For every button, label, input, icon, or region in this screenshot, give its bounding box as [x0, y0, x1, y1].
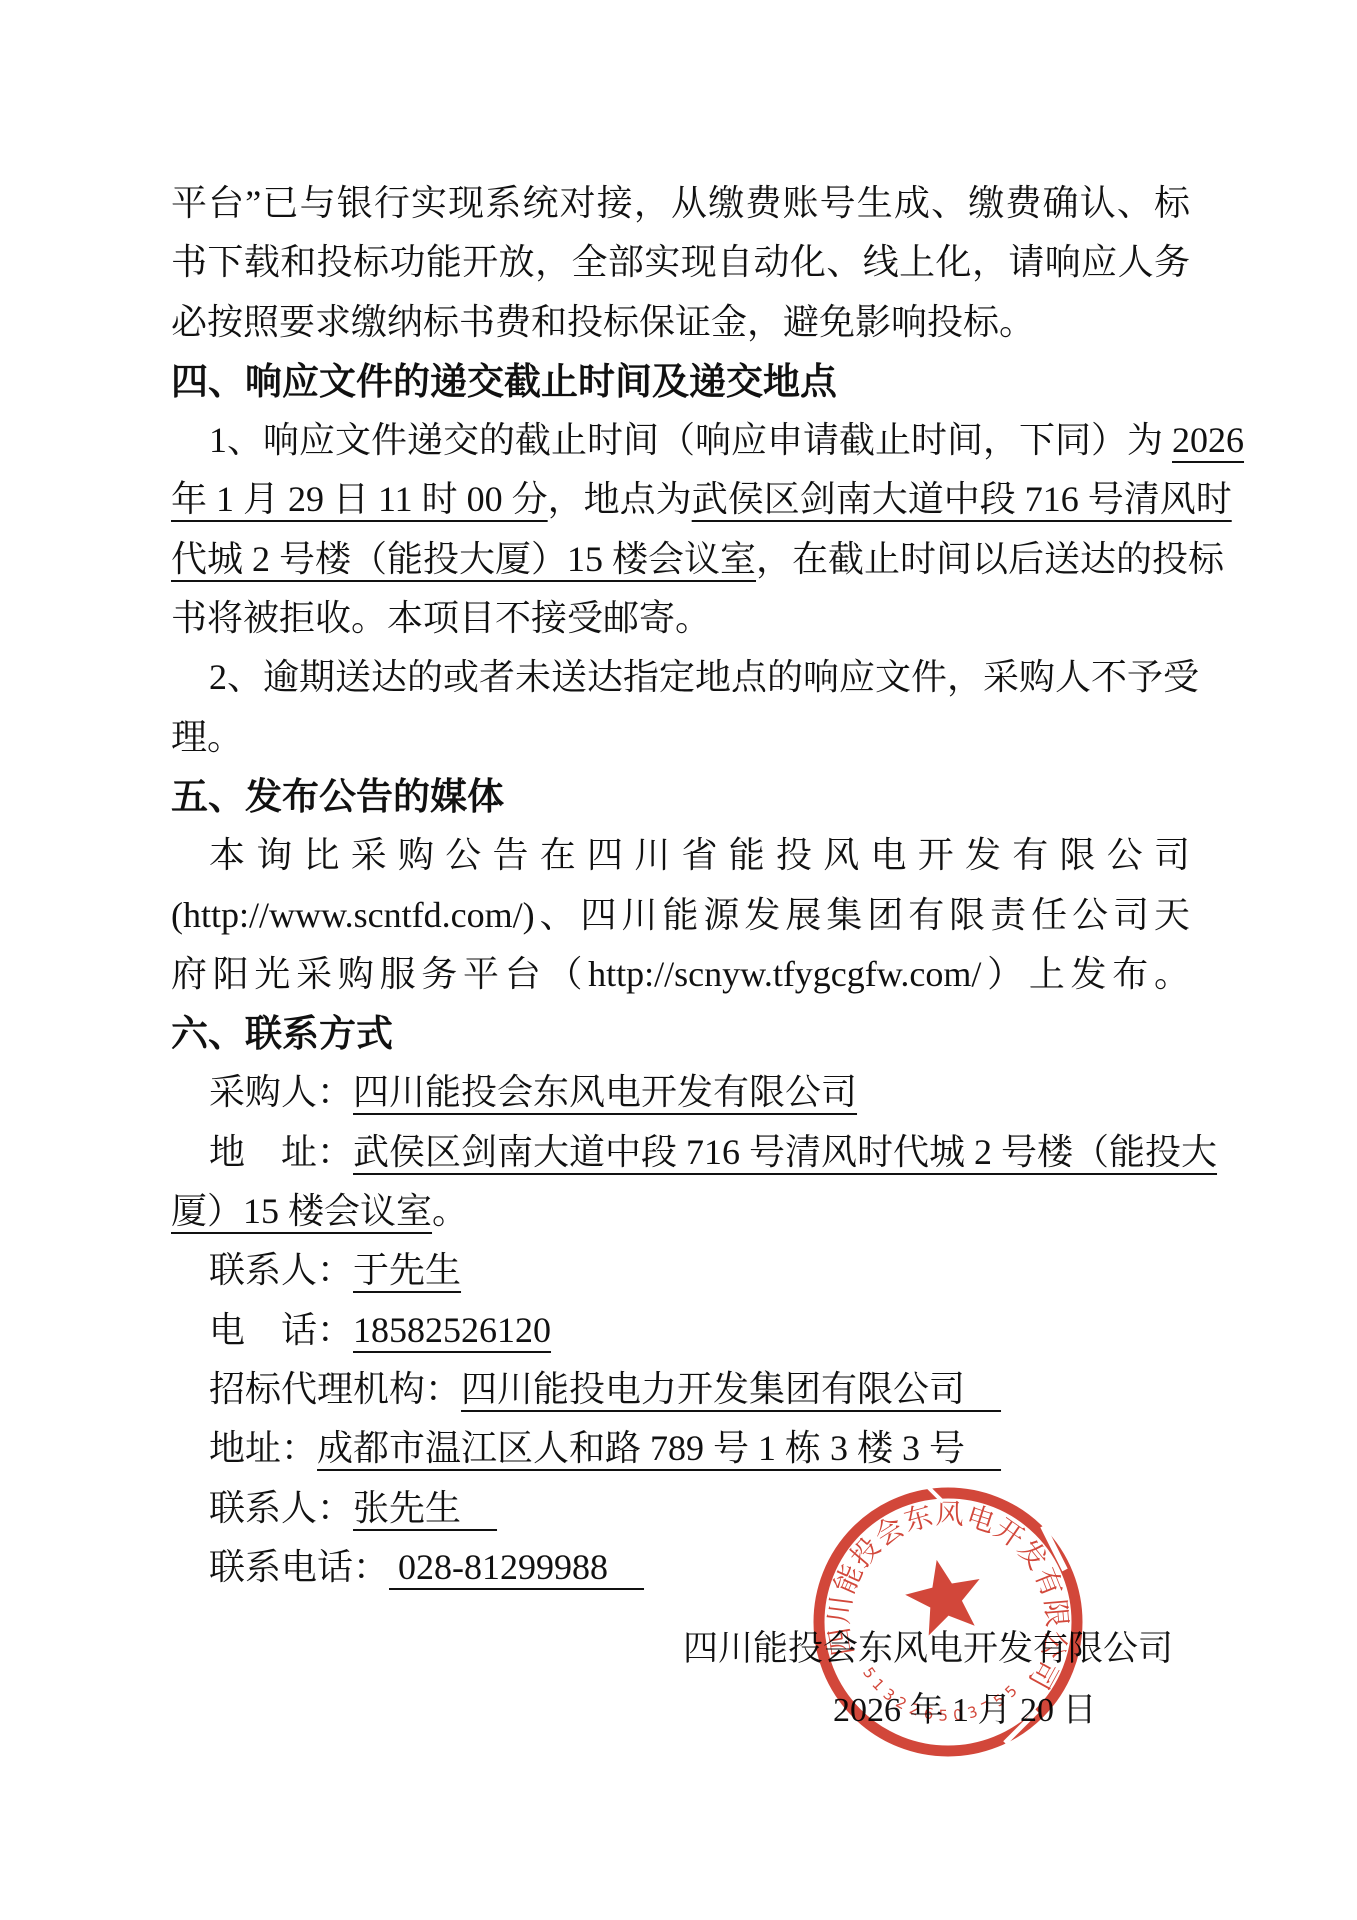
- underlined-text: 于先生: [353, 1250, 461, 1290]
- text-line: 书下载和投标功能开放，全部实现自动化、线上化，请响应人务: [171, 233, 1190, 292]
- text-segment: 2、逾期送达的或者未送达指定地点的响应文件，采购人不予受: [209, 657, 1199, 697]
- underlined-text: 代城 2 号楼（能投大厦）15 楼会议室: [171, 539, 756, 579]
- text-segment: 书将被拒收。本项目不接受邮寄。: [171, 598, 711, 638]
- section-heading: 六、联系方式: [171, 1004, 1190, 1063]
- text-line: 厦）15 楼会议室。: [171, 1182, 1190, 1241]
- text-segment: 本询比采购公告在四川省能投风电开发有限公司: [209, 835, 1190, 875]
- text-segment: 1、响应文件递交的截止时间（响应申请截止时间，下同）为: [209, 420, 1172, 460]
- text-line: 采购人：四川能投会东风电开发有限公司: [171, 1063, 1190, 1122]
- text-segment: 府阳光采购服务平台（http://scnyw.tfygcgfw.com/）上发布…: [171, 954, 1190, 994]
- text-line: 联系人：张先生: [171, 1479, 1190, 1538]
- text-segment: 四、响应文件的递交截止时间及递交地点: [171, 361, 837, 402]
- text-segment: 联系人：: [209, 1488, 353, 1528]
- text-line: (http://www.scntfd.com/)、四川能源发展集团有限责任公司天: [171, 886, 1190, 945]
- text-segment: 地 址：: [209, 1132, 353, 1172]
- text-segment: (http://www.scntfd.com/)、四川能源发展集团有限责任公司天: [171, 895, 1190, 935]
- underlined-text: 年 1 月 29 日 11 时 00 分: [171, 479, 548, 519]
- text-segment: 。: [432, 1191, 468, 1231]
- underlined-text: 18582526120: [353, 1310, 551, 1350]
- text-line: 本询比采购公告在四川省能投风电开发有限公司: [171, 826, 1190, 885]
- text-line: 联系电话： 028-81299988: [171, 1538, 1190, 1597]
- text-segment: 招标代理机构：: [209, 1369, 461, 1409]
- text-segment: 必按照要求缴纳标书费和投标保证金，避免影响投标。: [171, 302, 1035, 342]
- underlined-text: 武侯区剑南大道中段 716 号清风时代城 2 号楼（能投大: [353, 1132, 1217, 1172]
- text-segment: 五、发布公告的媒体: [171, 776, 504, 817]
- text-segment: 采购人：: [209, 1072, 353, 1112]
- underlined-text: 成都市温江区人和路 789 号 1 栋 3 楼 3 号: [317, 1428, 1001, 1468]
- text-segment: 电 话：: [209, 1310, 353, 1350]
- text-segment: 平台”已与银行实现系统对接，从缴费账号生成、缴费确认、标: [171, 183, 1190, 223]
- underlined-text: 四川能投会东风电开发有限公司: [353, 1072, 857, 1112]
- text-line: 1、响应文件递交的截止时间（响应申请截止时间，下同）为 2026: [171, 411, 1190, 470]
- signature-company: 四川能投会东风电开发有限公司: [683, 1626, 1157, 1672]
- text-line: 书将被拒收。本项目不接受邮寄。: [171, 589, 1190, 648]
- text-line: 理。: [171, 708, 1190, 767]
- underlined-text: 028-81299988: [389, 1547, 644, 1587]
- underlined-text: 四川能投电力开发集团有限公司: [461, 1369, 1001, 1409]
- text-segment: 联系电话：: [209, 1547, 389, 1587]
- text-line: 招标代理机构：四川能投电力开发集团有限公司: [171, 1360, 1190, 1419]
- text-segment: 理。: [171, 717, 243, 757]
- section-heading: 五、发布公告的媒体: [171, 767, 1190, 826]
- signature-date: 2026 年 1 月 20 日: [833, 1688, 1079, 1734]
- underlined-text: 武侯区剑南大道中段 716 号清风时: [692, 479, 1232, 519]
- underlined-text: 张先生: [353, 1488, 497, 1528]
- underlined-text: 厦）15 楼会议室: [171, 1191, 432, 1231]
- text-line: 2、逾期送达的或者未送达指定地点的响应文件，采购人不予受: [171, 648, 1190, 707]
- document-lines: 平台”已与银行实现系统对接，从缴费账号生成、缴费确认、标书下载和投标功能开放，全…: [171, 174, 1190, 1597]
- document-page: 平台”已与银行实现系统对接，从缴费账号生成、缴费确认、标书下载和投标功能开放，全…: [0, 0, 1357, 1920]
- text-segment: 地址：: [209, 1428, 317, 1468]
- underlined-text: 2026: [1172, 420, 1244, 460]
- text-segment: 联系人：: [209, 1250, 353, 1290]
- text-line: 联系人：于先生: [171, 1241, 1190, 1300]
- text-line: 代城 2 号楼（能投大厦）15 楼会议室，在截止时间以后送达的投标: [171, 530, 1190, 589]
- text-line: 必按照要求缴纳标书费和投标保证金，避免影响投标。: [171, 293, 1190, 352]
- text-line: 年 1 月 29 日 11 时 00 分，地点为武侯区剑南大道中段 716 号清…: [171, 470, 1190, 529]
- text-segment: 书下载和投标功能开放，全部实现自动化、线上化，请响应人务: [171, 242, 1190, 282]
- text-segment: ，在截止时间以后送达的投标: [756, 539, 1224, 579]
- text-line: 府阳光采购服务平台（http://scnyw.tfygcgfw.com/）上发布…: [171, 945, 1190, 1004]
- text-line: 平台”已与银行实现系统对接，从缴费账号生成、缴费确认、标: [171, 174, 1190, 233]
- section-heading: 四、响应文件的递交截止时间及递交地点: [171, 352, 1190, 411]
- text-line: 地 址：武侯区剑南大道中段 716 号清风时代城 2 号楼（能投大: [171, 1123, 1190, 1182]
- text-segment: ，地点为: [548, 479, 692, 519]
- text-segment: 六、联系方式: [171, 1013, 393, 1054]
- text-line: 电 话：18582526120: [171, 1301, 1190, 1360]
- text-line: 地址：成都市温江区人和路 789 号 1 栋 3 楼 3 号: [171, 1419, 1190, 1478]
